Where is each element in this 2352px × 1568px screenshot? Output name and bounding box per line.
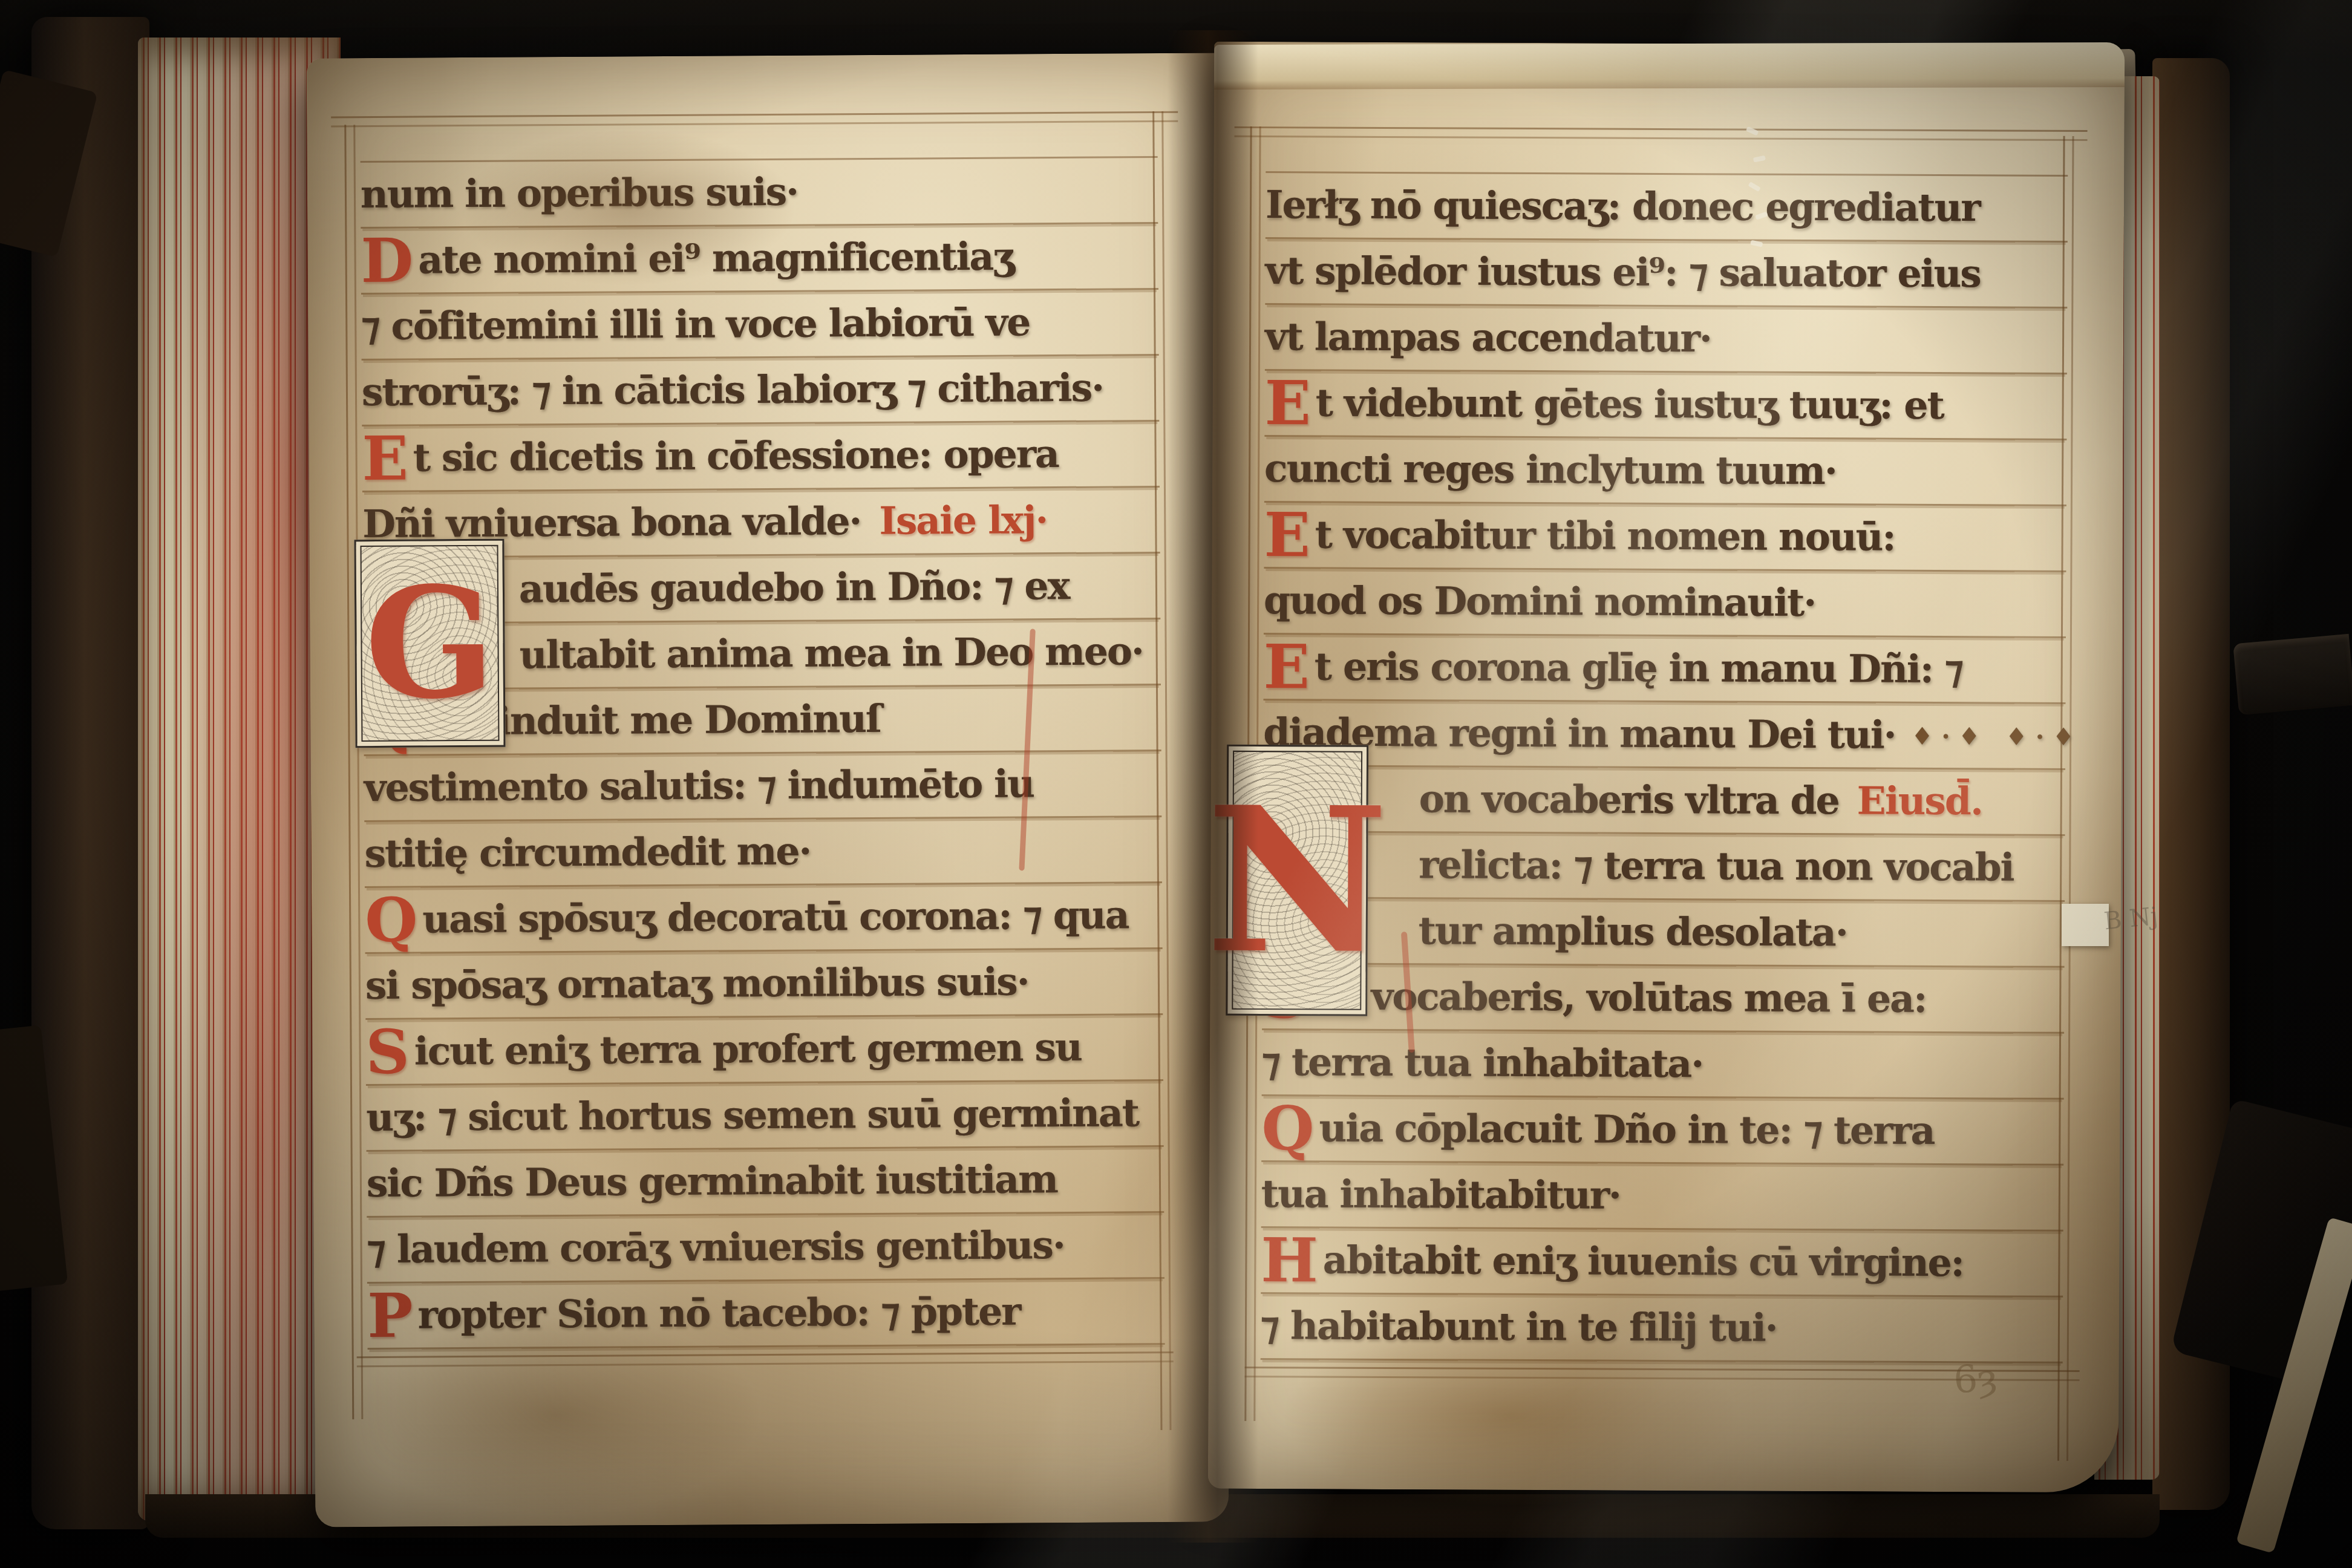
text-line: tua inhabitabitur· [1261,1162,2063,1232]
line-text: ⁊ habitabunt in te filij tui· [1261,1303,1777,1350]
text-line: num in operibus suis· [361,158,1158,229]
line-text: ate nomini ei⁹ magnificentiaʒ [418,234,1013,283]
text-line: cuncti reges inclytum tuum· [1264,437,2066,506]
text-line: Sicut eniʒ terra profert germen su [365,1015,1163,1086]
text-line: vt lampas accendatur· [1265,305,2067,374]
line-text: uasi spōsuʒ decoratū corona: ⁊ qua [422,892,1129,941]
line-text: icut eniʒ terra profert germen su [414,1025,1082,1074]
line-text: Ierłʒ nō quiescaʒ: donec egrediatur [1266,182,1980,230]
versal-initial: E [1264,367,1310,439]
text-line: uʒ: ⁊ sicut hortus semen suū germinat [366,1081,1164,1152]
line-filler-ornament: ♦·♦ ♦·♦ [1912,722,2083,751]
line-text: uʒ: ⁊ sicut hortus semen suū germinat [366,1090,1138,1140]
text-line: Habitabit eniʒ iuuenis cū virgine: [1261,1228,2063,1298]
versal-initial: D [361,225,412,297]
versal-initial: Q [365,884,417,956]
left-margin-rule [344,125,363,1419]
line-text: on vocaberis vltra de [1419,776,1839,823]
line-text: ⁊ laudem corāʒ vniuersis gentibus· [367,1223,1065,1272]
right-page: Ierłʒ nō quiescaʒ: donec egrediaturvt sp… [1208,42,2125,1493]
text-line: si spōsaʒ ornataʒ monilibus suis· [365,949,1163,1020]
versal-initial: S [365,1016,408,1088]
line-text: t eris corona glīę in manu Dñi: ⁊ [1315,644,1963,691]
line-text: stitię circumdedit me· [364,829,811,877]
text-line: Propter Sion nō tacebo: ⁊ p̄pter [367,1279,1165,1350]
versal-initial: E [1263,631,1308,702]
line-text: vt lampas accendatur· [1265,314,1711,361]
line-text: vt splēdor iustus ei⁹: ⁊ saluator eius [1265,248,1981,296]
line-text: cuncti reges inclytum tuum· [1264,446,1837,493]
text-line: vt splēdor iustus ei⁹: ⁊ saluator eius [1265,239,2067,309]
text-line: diadema regni in manu Dei tui·♦·♦ ♦·♦ [1263,701,2065,770]
line-text: ⁊ terra tua inhabitata· [1262,1039,1704,1086]
text-line: Et sic dicetis in cōfessione: opera [362,422,1160,492]
line-text: quod os Domini nominauit· [1264,578,1815,625]
top-margin-rule [1235,126,2088,141]
line-text: tua inhabitabitur· [1261,1171,1621,1218]
margin-inscription: B Nj [2103,902,2160,935]
line-text: ultabit anima mea in Deo meo· [519,629,1143,677]
initial-letter-g: G [364,554,495,733]
line-text: strorūʒ: ⁊ in cāticis labiorʒ ⁊ citharis… [362,365,1103,414]
parchment-top-fold [1214,42,2125,90]
text-line: Et vocabitur tibi nomen nouū: [1264,503,2066,572]
parchment-index-tab [2062,904,2109,946]
text-line: Et videbunt gētes iustuʒ tuuʒ: et [1264,371,2066,440]
line-text: ed vocaberis, volūtas mea ī ea: [1310,973,1926,1021]
line-text: relicta: ⁊ terra tua non vocabi [1419,842,2014,889]
line-text: t videbunt gētes iustuʒ tuuʒ: et [1316,380,1944,428]
line-text: ropter Sion nō tacebo: ⁊ p̄pter [417,1289,1020,1337]
versal-initial: E [1264,499,1309,570]
line-text: t sic dicetis in cōfessione: opera [413,431,1059,480]
line-text: abitabit eniʒ iuuenis cū virgine: [1323,1238,1964,1285]
versal-initial: Q [1261,1093,1313,1164]
line-text: ⁊ cōfitemini illi in voce labiorū ve [361,299,1030,348]
gutter-shadow [1168,30,1258,1543]
text-line: Quia cōplacuit Dño in te: ⁊ terra [1261,1096,2063,1166]
rubric-text: Eiusd̄. [1857,778,1983,823]
text-line: strorūʒ: ⁊ in cāticis labiorʒ ⁊ citharis… [362,356,1160,426]
rubric-text: Isaie lxj· [879,497,1047,543]
line-text: si spōsaʒ ornataʒ monilibus suis· [365,959,1029,1008]
line-text: vestimento salutis: ⁊ indumēto iu [364,761,1034,810]
left-text-column: num in operibus suis·Date nomini ei⁹ mag… [361,156,1165,1350]
text-line: Date nomini ei⁹ magnificentiaʒ [361,224,1158,295]
folio-mark: 6ȝ [1952,1355,1998,1402]
line-text: tur amplius desolata· [1419,908,1847,955]
text-line: quod os Domini nominauit· [1264,569,2066,638]
line-text: num in operibus suis· [361,169,798,217]
manuscript-photo: num in operibus suis·Date nomini ei⁹ mag… [0,0,2352,1568]
line-text: audēs gaudebo in Dño: ⁊ ex [519,563,1070,612]
text-line: stitię circumdedit me· [364,817,1162,888]
stitch-repair-mark [1753,155,1766,163]
text-line: Et eris corona glīę in manu Dñi: ⁊ [1263,635,2065,704]
clasp-strap-upper [2233,634,2352,715]
text-line: ⁊ laudem corāʒ vniuersis gentibus· [367,1213,1165,1284]
text-line: ⁊ habitabunt in te filij tui· [1261,1294,2063,1364]
versal-initial: H [1261,1224,1317,1296]
line-text: t vocabitur tibi nomen nouū: [1315,512,1895,559]
left-page: num in operibus suis·Date nomini ei⁹ mag… [307,53,1229,1527]
text-line: ⁊ cōfitemini illi in voce labiorū ve [361,290,1159,361]
line-text: uia cōplacuit Dño in te: ⁊ terra [1319,1106,1934,1153]
decorated-initial-g: G [354,539,505,748]
versal-initial: P [367,1280,412,1351]
text-line: sic Dñs Deus germinabit iustitiam [367,1147,1165,1218]
versal-initial: E [362,423,407,494]
line-text: sic Dñs Deus germinabit iustitiam [367,1157,1057,1206]
text-line: Quasi spōsuʒ decoratū corona: ⁊ qua [365,883,1163,954]
text-line: Ierłʒ nō quiescaʒ: donec egrediatur [1266,173,2068,243]
text-line: vestimento salutis: ⁊ indumēto iu [364,751,1162,822]
text-line: ⁊ terra tua inhabitata· [1262,1030,2064,1100]
top-margin-rule [331,111,1178,128]
bottom-margin-rule [357,1351,1174,1367]
